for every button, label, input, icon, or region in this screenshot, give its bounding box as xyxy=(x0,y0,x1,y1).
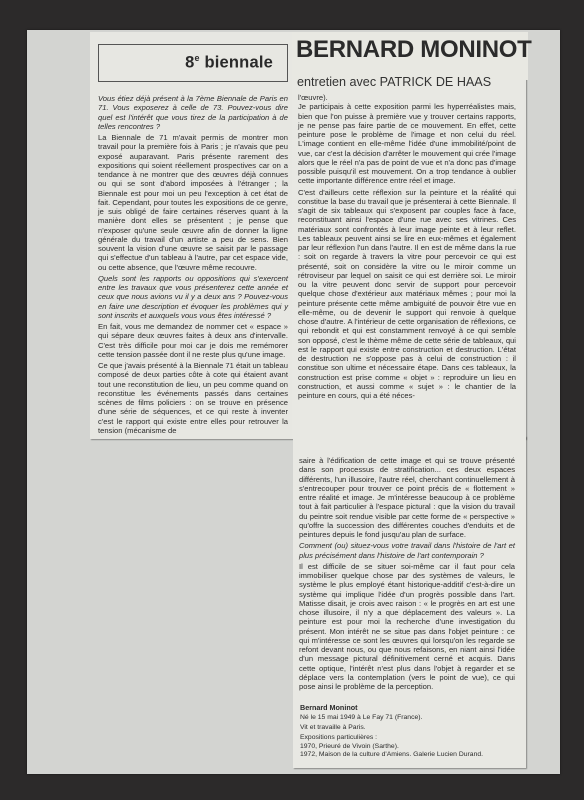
answer-2-continuation: saire à l'édification de cette image et … xyxy=(299,456,515,539)
artist-name-heading: BERNARD MONINOT xyxy=(296,36,532,64)
artist-bio: Bernard Moninot Né le 15 mai 1949 à Le F… xyxy=(300,704,515,759)
answer-1: La Biennale de 71 m'avait permis de mont… xyxy=(98,133,288,272)
interview-subtitle: entretien avec PATRICK DE HAAS xyxy=(297,75,491,89)
answer-3: Il est difficile de se situer soi-même c… xyxy=(299,562,515,692)
left-column: Vous étiez déjà présent à la 7ème Bienna… xyxy=(98,94,288,437)
question-3: Comment (ou) situez-vous votre travail d… xyxy=(299,541,515,560)
bio-born: Né le 15 mai 1949 à Le Fay 71 (France). xyxy=(300,714,515,722)
right-column-lower: saire à l'édification de cette image et … xyxy=(299,456,515,693)
answer-2-paragraph-1: En fait, vous me demandez de nommer cet … xyxy=(98,322,288,359)
question-2: Quels sont les rapports ou oppositions q… xyxy=(98,274,288,320)
answer-2-paragraph-3: Je participais à cette exposition parmi … xyxy=(298,102,516,185)
bio-exhibition-item: 1972, Maison de la culture d'Amiens. Gal… xyxy=(300,751,515,759)
bio-exhibition-item: 1970, Prieuré de Vivoin (Sarthe). xyxy=(300,743,515,751)
right-column-upper: l'œuvre). Je participais à cette exposit… xyxy=(298,93,516,402)
section-label: 8e biennale xyxy=(185,53,273,73)
bio-name: Bernard Moninot xyxy=(300,704,515,712)
answer-2-paragraph-4: C'est d'ailleurs cette réflexion sur la … xyxy=(298,188,516,401)
answer-2-paragraph-2: Ce que j'avais présenté à la Biennale 71… xyxy=(98,361,288,435)
bio-exhibitions-label: Expositions particulières : xyxy=(300,734,515,742)
question-1: Vous étiez déjà présent à la 7ème Bienna… xyxy=(98,94,288,131)
bio-lives: Vit et travaille à Paris. xyxy=(300,724,515,732)
continuation-fragment: l'œuvre). xyxy=(298,93,516,102)
section-label-box: 8e biennale xyxy=(98,44,288,82)
